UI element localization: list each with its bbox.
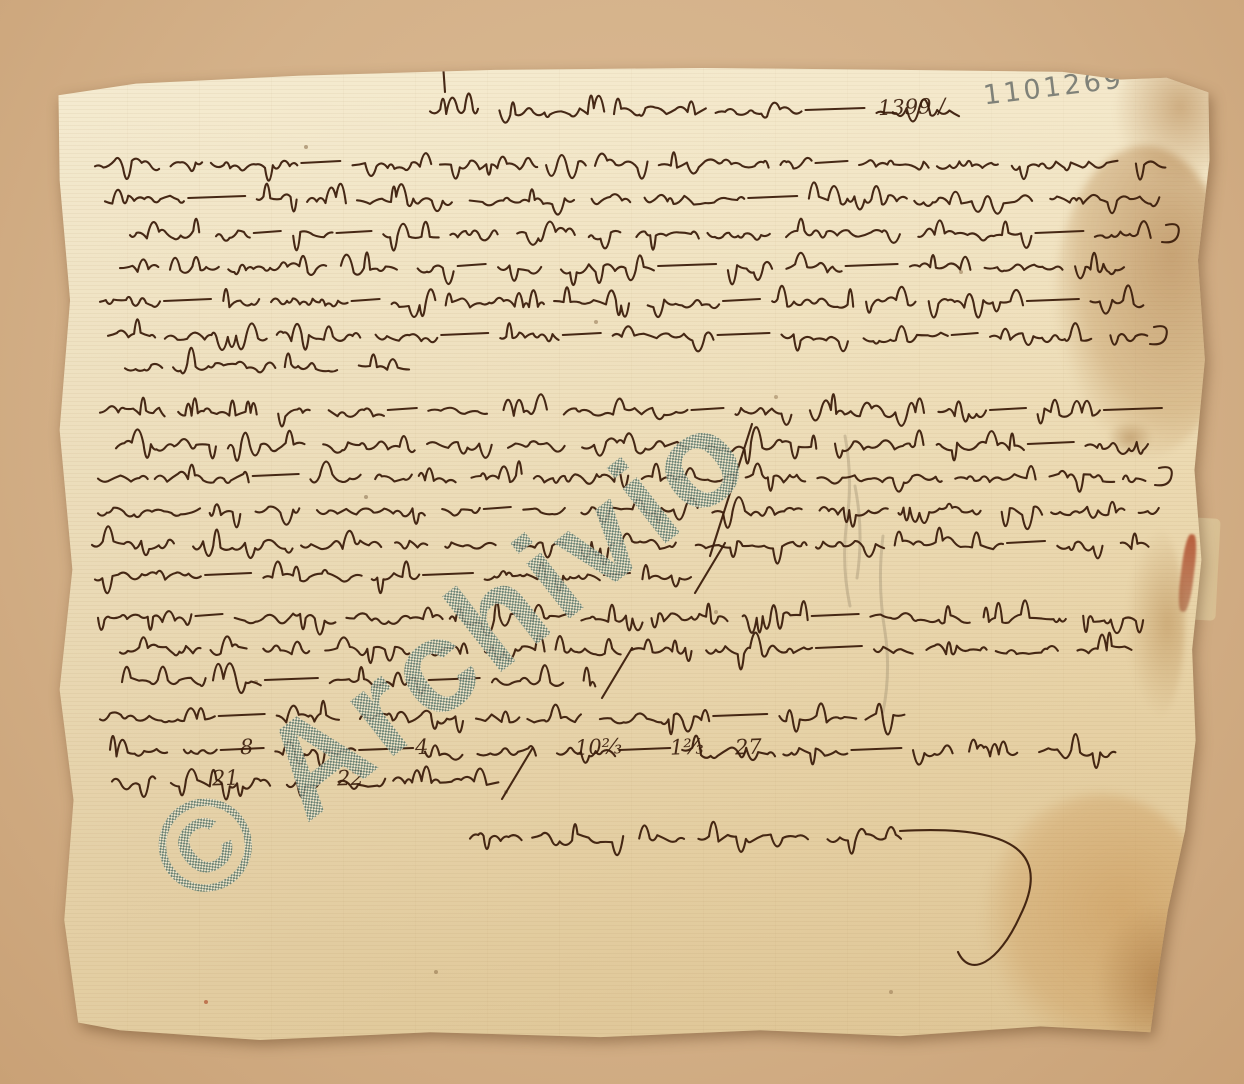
paper-shadow-wrap: 1399 /8410⅔1⅔272122 1101269 © Archivio [0,0,1244,1084]
paper-specks [55,66,57,68]
archive-watermark: © Archivio [55,66,1213,1042]
archive-photo-background: 1399 /8410⅔1⅔272122 1101269 © Archivio [0,0,1244,1084]
manuscript-paper: 1399 /8410⅔1⅔272122 1101269 © Archivio [55,66,1213,1042]
watermark-text: © Archivio [122,376,778,933]
